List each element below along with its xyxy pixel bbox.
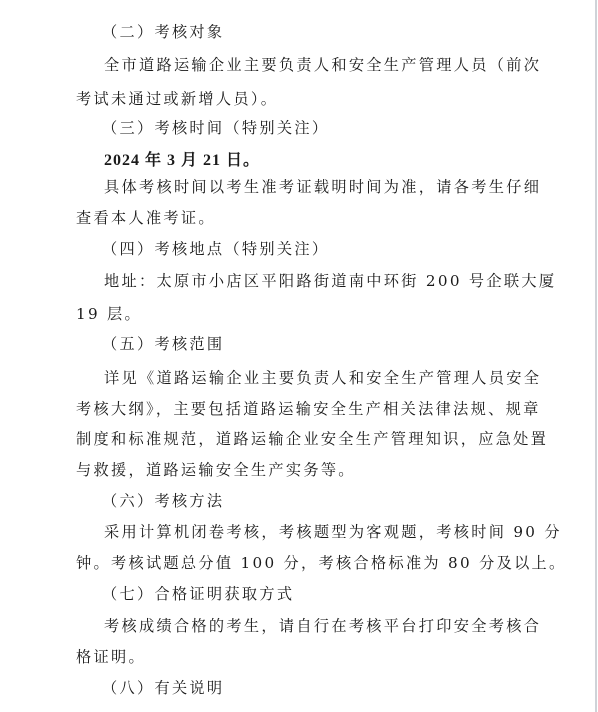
section-heading-location: （四）考核地点（特别关注） [102, 239, 329, 259]
paragraph-line: 制度和标准规范，道路运输企业安全生产管理知识，应急处置 [76, 429, 548, 449]
section-heading-notes: （八）有关说明 [102, 678, 224, 698]
paragraph-line: 地址：太原市小店区平阳路街道南中环街 200 号企联大厦 [104, 271, 556, 291]
paragraph-line: 19 层。 [76, 304, 142, 324]
paragraph-line: 与救援，道路运输安全生产实务等。 [76, 460, 356, 480]
section-heading-objects: （二）考核对象 [102, 22, 224, 42]
section-heading-time: （三）考核时间（特别关注） [102, 118, 329, 138]
section-heading-scope: （五）考核范围 [102, 334, 224, 354]
paragraph-line: 钟。考核试题总分值 100 分，考核合格标准为 80 分及以上。 [76, 553, 567, 573]
paragraph-line: 格证明。 [76, 647, 146, 667]
section-heading-certificate: （七）合格证明获取方式 [102, 584, 294, 604]
paragraph-line: 全市道路运输企业主要负责人和安全生产管理人员（前次 [104, 55, 541, 75]
paragraph-line: 考核大纲》，主要包括道路运输安全生产相关法律法规、规章 [76, 399, 541, 419]
paragraph-line: 考核成绩合格的考生，请自行在考核平台打印安全考核合 [104, 616, 541, 636]
section-heading-method: （六）考核方法 [102, 491, 224, 511]
exam-date: 2024 年 3 月 21 日。 [104, 151, 260, 171]
paragraph-line: 具体考核时间以考生准考证载明时间为准，请各考生仔细 [104, 177, 541, 197]
page-edge [595, 0, 597, 712]
paragraph-line: 详见《道路运输企业主要负责人和安全生产管理人员安全 [104, 368, 541, 388]
paragraph-line: 考试未通过或新增人员）。 [76, 89, 278, 109]
paragraph-line: 查看本人准考证。 [76, 208, 216, 228]
paragraph-line: 采用计算机闭卷考核，考核题型为客观题，考核时间 90 分 [104, 522, 562, 542]
